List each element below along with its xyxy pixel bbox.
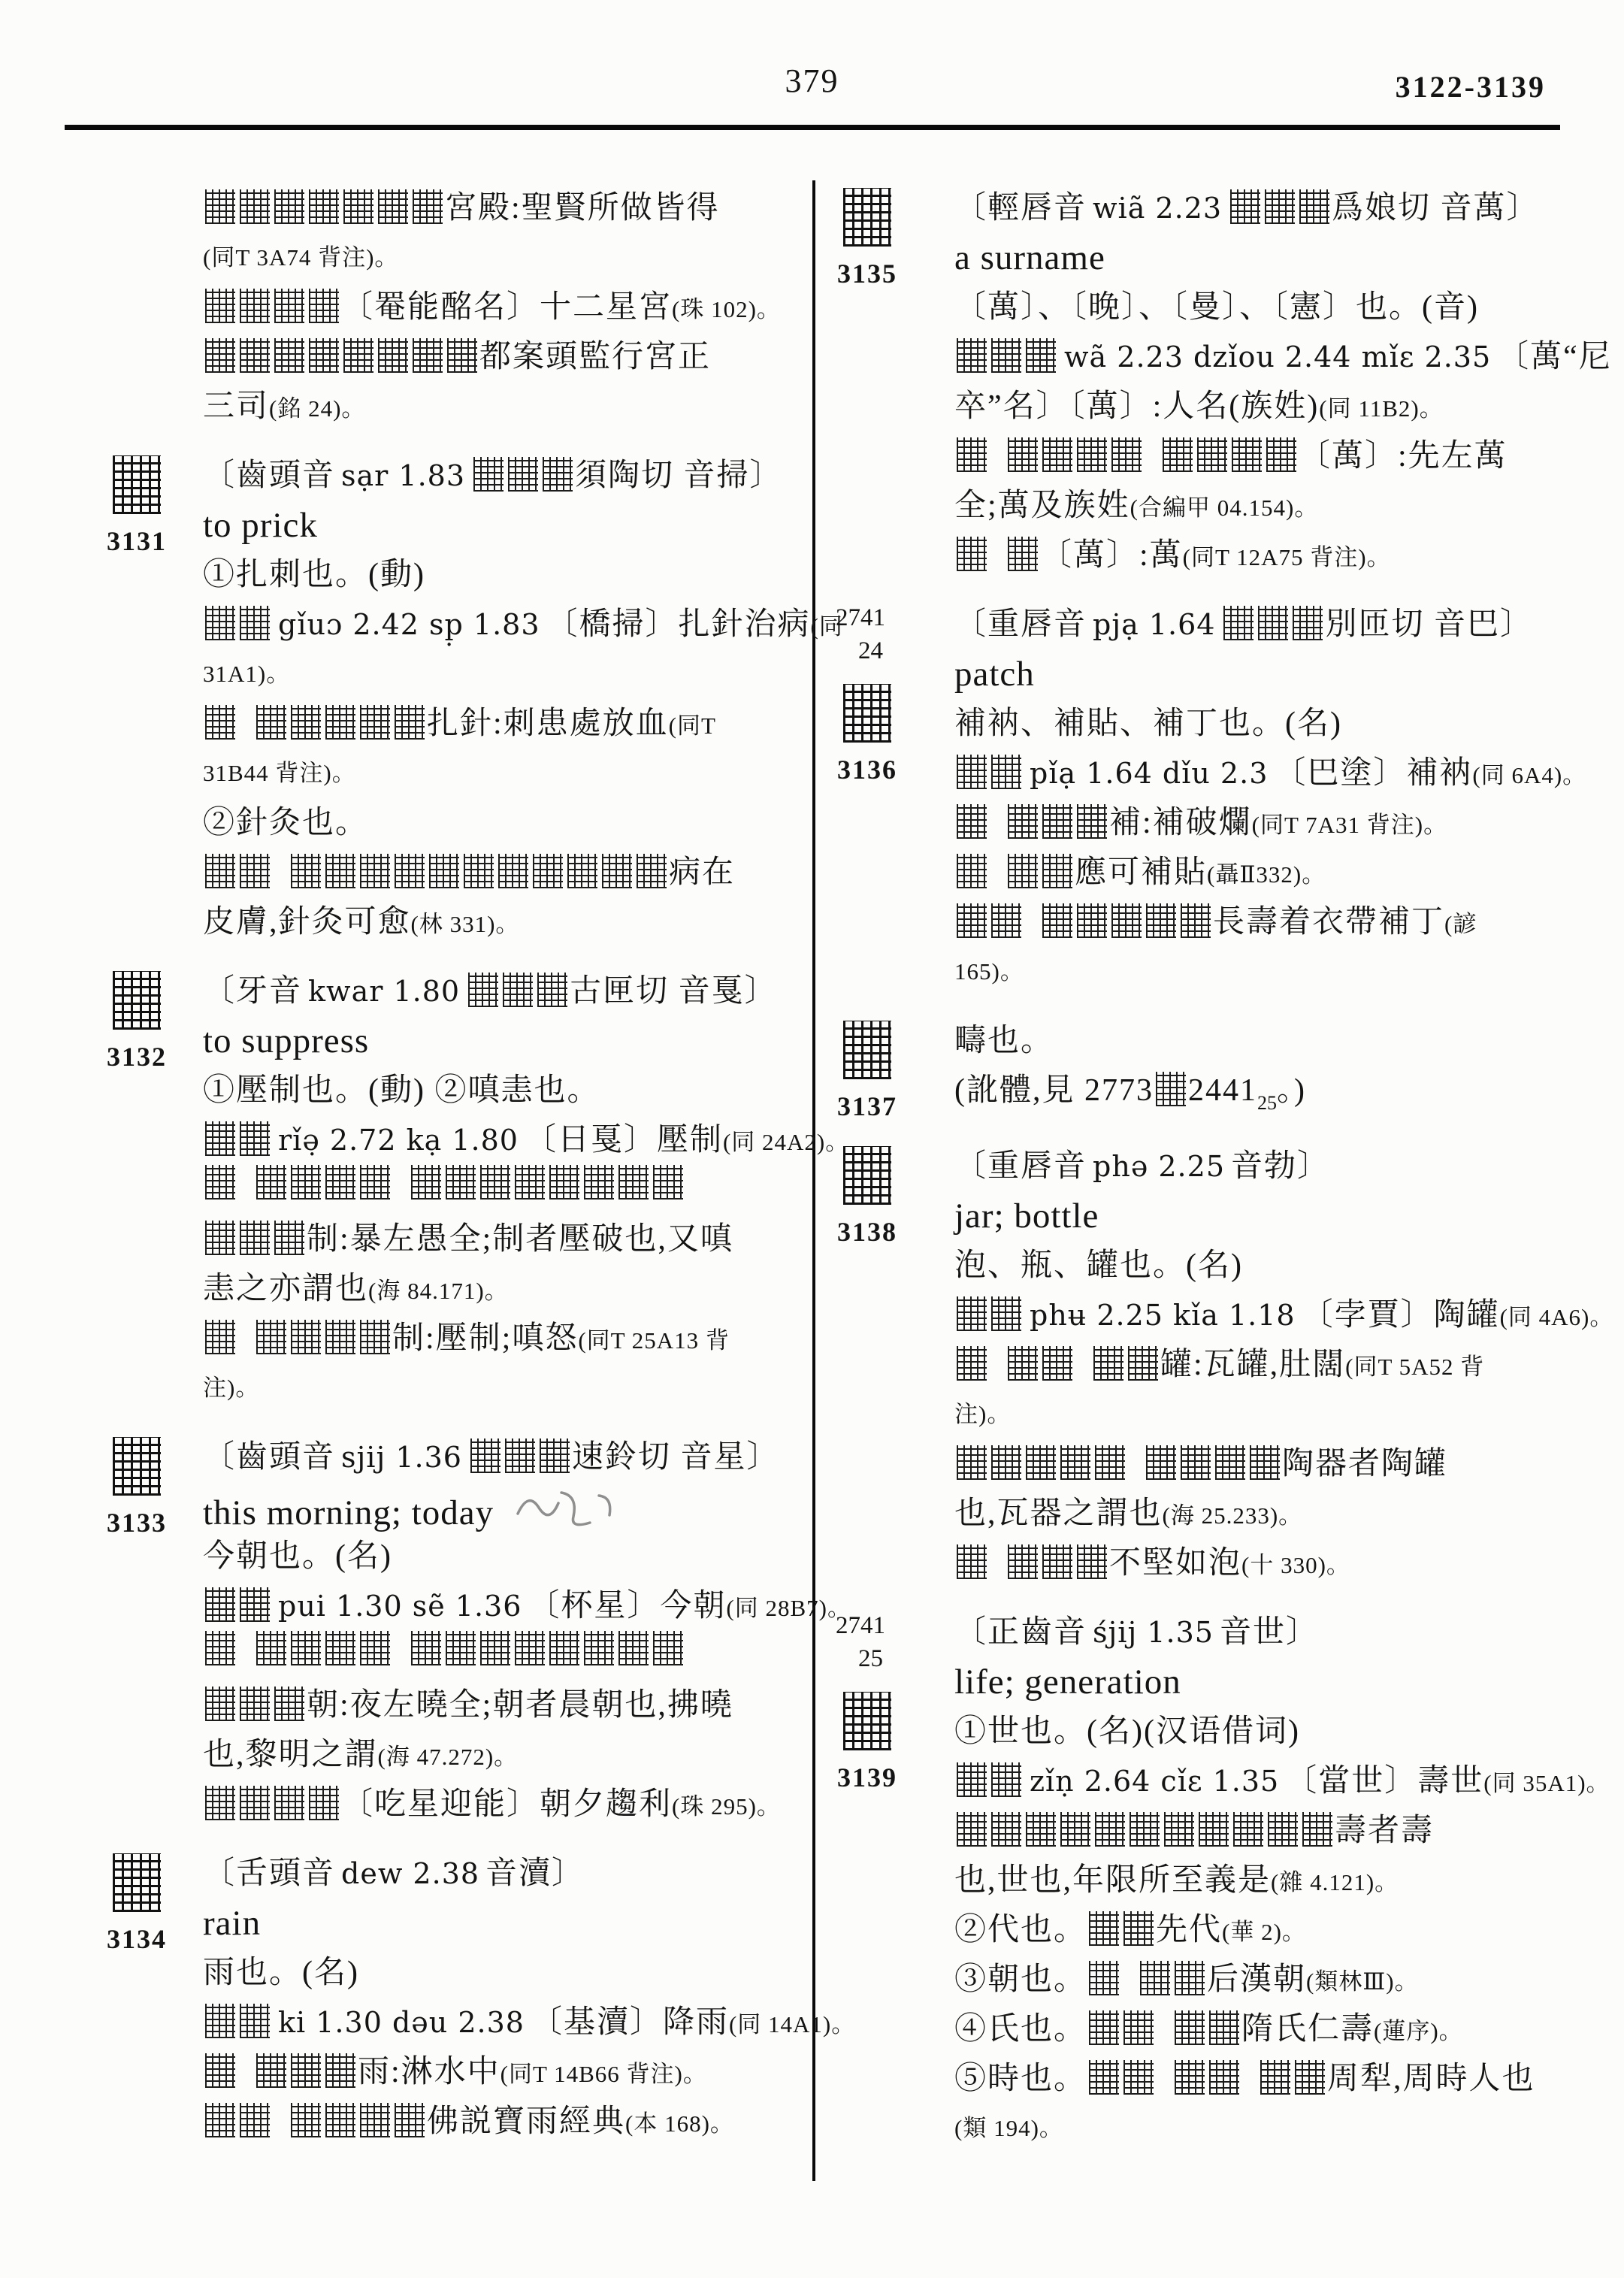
entry-line: ②代也。先代(華 2)。 <box>954 1905 1617 1955</box>
tangut-glyph <box>274 1786 304 1820</box>
tangut-glyph <box>1042 1346 1072 1381</box>
entry-line: 卒”名〕〔萬〕:人名(族姓)(同 11B2)。 <box>954 382 1617 431</box>
cross-ref-line: 25 <box>836 1642 954 1675</box>
citation-text: (聶Ⅱ332)。 <box>1207 861 1326 888</box>
cjk-text: 別匝切 音巴〕 <box>1325 607 1533 642</box>
cjk-text: 也,黎明之謂 <box>203 1738 378 1772</box>
tangut-glyph <box>1230 189 1260 224</box>
tangut-glyph <box>503 973 533 1007</box>
left-column: 宮殿:聖賢所做皆得(同T 3A74 背注)。〔罨能酩名〕十二星宮(珠 102)。… <box>105 183 812 2166</box>
phonetic-latin: phʉ 2.25 kǐa 1.18 <box>1024 1299 1302 1332</box>
entry-line: patch <box>954 649 1617 699</box>
tangut-glyph <box>240 1121 270 1156</box>
cjk-text: 〔舌頭音 <box>203 1856 335 1891</box>
entry-line: rǐə̣ 2.72 kạ 1.80〔日戛〕壓制(同 24A2)。 <box>203 1115 812 1165</box>
cjk-text: 〔橋掃〕扎針治病 <box>546 607 811 642</box>
entry-line: 恚之亦謂也(海 84.171)。 <box>203 1264 812 1314</box>
cross-ref-line: 2741 <box>836 601 954 634</box>
entry-line: 制:暴左愚全;制者壓破也,又嗔 <box>203 1215 812 1264</box>
phonetic-latin: dew 2.38 <box>335 1857 485 1890</box>
entry-body: 〔重唇音phə 2.25音勃〕jar; bottle泡、瓶、罐也。(名)phʉ … <box>954 1142 1617 1588</box>
citation-text: (珠 295)。 <box>672 1793 781 1820</box>
tangut-glyph <box>515 1165 545 1200</box>
cjk-text: 朝:夜左曉全;朝者晨朝也,拂曉 <box>307 1688 733 1723</box>
tangut-glyph <box>343 338 373 373</box>
cjk-text: 卒”名〕〔萬〕:人名(族姓) <box>954 389 1319 424</box>
entry-number: 3139 <box>836 1762 954 1793</box>
entry-line: ③朝也。后漢朝(類林Ⅲ)。 <box>954 1955 1617 2004</box>
tangut-glyph <box>1077 804 1107 839</box>
cjk-text: 〔日戛〕壓制 <box>525 1123 723 1157</box>
entry-body: 〔牙音kwar 1.80古匣切 音戛〕to suppress①壓制也。(動) ②… <box>203 967 812 1413</box>
entry-line: 疇也。 <box>954 1016 1617 1066</box>
tangut-glyph <box>205 1631 235 1665</box>
entry-body: 〔齒頭音sjij 1.36速鈴切 音星〕this morning; today今… <box>203 1432 812 1829</box>
entry-line: ④氏也。隋氏仁壽(蓮序)。 <box>954 2004 1617 2054</box>
cjk-text: 不堅如泡 <box>1109 1546 1241 1581</box>
tangut-glyph <box>360 1165 390 1200</box>
tangut-glyph <box>991 903 1021 938</box>
entry-line: 雨:淋水中(同T 14B66 背注)。 <box>203 2047 812 2097</box>
cjk-text: 〔牙音 <box>203 974 302 1009</box>
tangut-glyph <box>1042 1544 1072 1579</box>
tangut-glyph <box>360 705 390 740</box>
tangut-glyph <box>1293 606 1323 640</box>
tangut-glyph <box>843 684 891 743</box>
entry-body: 宮殿:聖賢所做皆得(同T 3A74 背注)。〔罨能酩名〕十二星宮(珠 102)。… <box>203 183 812 431</box>
tangut-glyph <box>537 973 567 1007</box>
tangut-glyph <box>1077 1544 1107 1579</box>
dictionary-entry: 3135〔輕唇音wiã 2.23爲娘切 音萬〕a surname〔萬〕、〔晚〕、… <box>836 183 1617 580</box>
tangut-glyph <box>1146 1445 1176 1480</box>
cjk-text: 〔輕唇音 <box>954 191 1087 225</box>
tangut-glyph <box>1008 1544 1038 1579</box>
tangut-glyph <box>205 854 235 888</box>
tangut-glyph <box>411 1631 441 1665</box>
tangut-glyph <box>1026 1812 1056 1847</box>
cjk-text: 制:壓制;嗔怒 <box>392 1321 578 1356</box>
english-gloss: rain <box>203 1904 261 1943</box>
tangut-glyph <box>325 2053 355 2088</box>
tangut-glyph <box>480 1165 510 1200</box>
citation-text: (海 47.272)。 <box>378 1744 519 1770</box>
tangut-glyph <box>205 2004 235 2038</box>
tangut-glyph <box>205 705 235 740</box>
english-gloss: jar; bottle <box>954 1196 1099 1236</box>
tangut-glyph <box>205 606 235 640</box>
phonetic-latin: pǐạ 1.64 dǐu 2.3 <box>1024 757 1274 790</box>
citation-text: (合編甲 04.154)。 <box>1130 495 1319 521</box>
tangut-glyph <box>395 705 425 740</box>
tangut-glyph <box>446 1165 476 1200</box>
tangut-glyph <box>468 973 498 1007</box>
entry-line: wã 2.23 dzǐou 2.44 mǐɛ 2.35〔萬“尼 <box>954 332 1617 382</box>
citation-text: (同T 5A52 背 <box>1345 1354 1484 1380</box>
tangut-glyph <box>843 1692 891 1750</box>
tangut-glyph <box>360 2103 390 2137</box>
dictionary-entry: 3137疇也。(訛體,見 2773244125。) <box>836 1016 1617 1122</box>
tangut-glyph <box>498 854 528 888</box>
tangut-glyph <box>1093 1346 1123 1381</box>
tangut-glyph <box>1175 2010 1205 2045</box>
cjk-text: 陶器者陶罐 <box>1282 1447 1447 1481</box>
cjk-text: 古匣切 音戛〕 <box>570 974 778 1009</box>
phonetic-latin: śjij 1.35 <box>1087 1616 1220 1649</box>
tangut-glyph <box>413 189 443 224</box>
entry-head: 3138 <box>836 1142 954 1588</box>
entry-head: 3134 <box>105 1849 203 2146</box>
tangut-glyph <box>1060 1812 1090 1847</box>
entry-line: 制:壓制;嗔怒(同T 25A13 背 <box>203 1314 812 1363</box>
tangut-glyph <box>1111 903 1142 938</box>
entry-line: this morning; today <box>203 1482 812 1532</box>
cjk-text: 雨也。(名) <box>203 1956 359 1990</box>
tangut-glyph <box>1089 1911 1119 1946</box>
phonetic-latin: pui 1.30 sẽ 1.36 <box>272 1590 528 1623</box>
tangut-glyph <box>1026 1445 1056 1480</box>
cjk-text: (訛體,見 2773 <box>954 1073 1154 1108</box>
cjk-text: 〔萬〕:先左萬 <box>1299 439 1508 473</box>
cjk-text: 泡、瓶、罐也。(名) <box>954 1248 1243 1283</box>
entry-line: 今朝也。(名) <box>203 1532 812 1581</box>
tangut-glyph <box>1008 437 1038 472</box>
tangut-glyph <box>274 189 304 224</box>
tangut-glyph <box>637 854 667 888</box>
tangut-glyph <box>1140 1961 1170 1995</box>
dictionary-entry: 宮殿:聖賢所做皆得(同T 3A74 背注)。〔罨能酩名〕十二星宮(珠 102)。… <box>105 183 812 431</box>
dictionary-entry: 2741253139〔正齒音śjij 1.35音世〕life; generati… <box>836 1608 1617 2153</box>
tangut-glyph <box>256 1320 286 1354</box>
entry-line: ①壓制也。(動) ②嗔恚也。 <box>203 1066 812 1115</box>
headword-tangut-glyph <box>836 1018 954 1083</box>
entry-line: 三司(銘 24)。 <box>203 382 812 431</box>
phonetic-latin: sjij 1.36 <box>335 1441 468 1474</box>
tangut-glyph <box>473 457 504 492</box>
tangut-glyph <box>309 189 339 224</box>
tangut-glyph <box>205 2103 235 2137</box>
cjk-text: 都案頭監行宮正 <box>479 340 711 374</box>
tangut-glyph <box>240 2103 270 2137</box>
english-gloss: to suppress <box>203 1021 369 1060</box>
tangut-glyph <box>1156 1072 1186 1106</box>
tangut-glyph <box>343 189 373 224</box>
entry-line: 也,黎明之謂(海 47.272)。 <box>203 1730 812 1780</box>
entry-line: 〔罨能酩名〕十二星宮(珠 102)。 <box>203 283 812 332</box>
tangut-glyph <box>549 1165 579 1200</box>
entry-line: 佛説寶雨經典(本 168)。 <box>203 2097 812 2146</box>
tangut-glyph <box>1268 1812 1298 1847</box>
tangut-glyph <box>653 1631 683 1665</box>
citation-text: 注)。 <box>954 1401 1011 1427</box>
tangut-glyph <box>991 1445 1021 1480</box>
cjk-text: 〔孛賈〕陶罐 <box>1302 1298 1500 1333</box>
tangut-glyph <box>291 705 321 740</box>
tangut-glyph <box>205 1587 235 1622</box>
subscript-number: 25 <box>1257 1092 1277 1114</box>
entry-number: 3133 <box>105 1507 203 1538</box>
entry-line: 〔重唇音phə 2.25音勃〕 <box>954 1142 1617 1191</box>
tangut-glyph <box>1095 1812 1125 1847</box>
tangut-glyph <box>291 1320 321 1354</box>
phonetic-latin: sạr 1.83 <box>335 459 471 492</box>
entry-number: 3132 <box>105 1041 203 1072</box>
tangut-glyph <box>309 289 339 323</box>
entry-line: 〔齒頭音sjij 1.36速鈴切 音星〕 <box>203 1432 812 1482</box>
entry-line: 31B44 背注)。 <box>203 749 812 798</box>
tangut-glyph <box>1295 2060 1325 2095</box>
entry-line: 注)。 <box>954 1390 1617 1439</box>
citation-text: (華 2)。 <box>1222 1919 1306 1945</box>
citation-text: (同T <box>669 712 716 739</box>
entry-line: 〔吃星迎能〕朝夕趨利(珠 295)。 <box>203 1780 812 1829</box>
tangut-glyph <box>1209 2060 1239 2095</box>
tangut-glyph <box>1233 1812 1263 1847</box>
entry-number: 3136 <box>836 754 954 785</box>
cross-ref: 274124 <box>836 601 954 667</box>
header-rule <box>65 125 1560 130</box>
entry-line: 長壽着衣帶補丁(諺 <box>954 897 1617 947</box>
tangut-glyph <box>957 1762 987 1797</box>
tangut-glyph <box>1260 2060 1290 2095</box>
cjk-text: ④氏也。 <box>954 2012 1087 2047</box>
tangut-glyph <box>446 1631 476 1665</box>
entry-head: 3135 <box>836 183 954 580</box>
tangut-glyph <box>957 338 987 373</box>
cjk-text: 爲娘切 音萬〕 <box>1332 191 1540 225</box>
dictionary-entry: 3132〔牙音kwar 1.80古匣切 音戛〕to suppress①壓制也。(… <box>105 967 812 1413</box>
phonetic-latin: pjạ 1.64 <box>1087 608 1221 641</box>
entry-line: zǐṇ 2.64 cǐɛ 1.35〔當世〕壽世(同 35A1)。 <box>954 1756 1617 1806</box>
tangut-glyph <box>309 338 339 373</box>
entry-line: ki 1.30 dəu 2.38〔基瀆〕降雨(同 14A1)。 <box>203 1998 812 2047</box>
handwritten-annotation <box>512 1482 624 1550</box>
cjk-text: 罐:瓦罐,肚闊 <box>1160 1348 1345 1382</box>
cjk-text: 全;萬及族姓 <box>954 489 1130 523</box>
citation-text: (同 28B7)。 <box>726 1595 851 1621</box>
cjk-text: 疇也。 <box>954 1024 1054 1058</box>
tangut-glyph <box>413 338 443 373</box>
cjk-text: 速鈴切 音星〕 <box>572 1440 780 1475</box>
tangut-glyph <box>618 1165 649 1200</box>
cjk-text: 壽者壽 <box>1335 1814 1434 1848</box>
headword-tangut-glyph <box>836 185 954 250</box>
cjk-text: 〔萬〕:萬 <box>1040 538 1183 573</box>
tangut-glyph <box>957 1812 987 1847</box>
entry-line: 都案頭監行宮正 <box>203 332 812 382</box>
tangut-glyph <box>205 189 235 224</box>
entry-line: 罐:瓦罐,肚闊(同T 5A52 背 <box>954 1340 1617 1390</box>
tangut-glyph <box>274 1687 304 1721</box>
citation-text: 31A1)。 <box>203 661 290 687</box>
tangut-glyph <box>240 2004 270 2038</box>
tangut-glyph <box>515 1631 545 1665</box>
tangut-glyph <box>1199 1812 1229 1847</box>
cjk-text: ①壓制也。(動) ②嗔恚也。 <box>203 1073 600 1108</box>
tangut-glyph <box>957 1544 987 1579</box>
headword-tangut-glyph <box>105 452 203 518</box>
entry-line: 雨也。(名) <box>203 1948 812 1998</box>
tangut-glyph <box>205 289 235 323</box>
tangut-glyph <box>256 1165 286 1200</box>
tangut-glyph <box>957 755 987 789</box>
citation-text: 注)。 <box>203 1375 259 1401</box>
cjk-text: 今朝也。(名) <box>203 1539 392 1574</box>
citation-text: (林 331)。 <box>411 911 520 937</box>
tangut-glyph <box>1111 437 1142 472</box>
cjk-text: ③朝也。 <box>954 1962 1087 1997</box>
phonetic-latin: kwar 1.80 <box>302 975 466 1008</box>
entry-line <box>203 1631 812 1681</box>
english-gloss: to prick <box>203 506 318 545</box>
entry-line: gǐuɔ 2.42 sp̣ 1.83〔橋掃〕扎針治病(同 <box>203 600 812 649</box>
phonetic-latin: gǐuɔ 2.42 sp̣ 1.83 <box>272 608 546 641</box>
dictionary-page: 379 3122-3139 宮殿:聖賢所做皆得(同T 3A74 背注)。〔罨能酩… <box>0 0 1624 2278</box>
cjk-text: ⑤時也。 <box>954 2062 1087 2096</box>
entry-line: pǐạ 1.64 dǐu 2.3〔巴塗〕補衲(同 6A4)。 <box>954 749 1617 798</box>
cjk-text: 應可補貼 <box>1075 855 1207 890</box>
tangut-glyph <box>957 537 987 571</box>
cjk-text: 病在 <box>669 855 735 890</box>
tangut-glyph <box>1095 1445 1125 1480</box>
page-number: 379 <box>0 62 1624 100</box>
tangut-glyph <box>1077 437 1107 472</box>
cjk-text: 佛説寶雨經典 <box>427 2104 625 2139</box>
tangut-glyph <box>325 1320 355 1354</box>
entry-line: 扎針:刺患處放血(同T <box>203 699 812 749</box>
tangut-glyph <box>274 338 304 373</box>
cjk-text: 〔重唇音 <box>954 607 1087 642</box>
tangut-glyph <box>543 457 573 492</box>
citation-text: (同T 14B66 背注)。 <box>501 2061 707 2087</box>
entry-number: 3138 <box>836 1216 954 1248</box>
citation-text: (海 25.233)。 <box>1163 1502 1303 1529</box>
tangut-glyph <box>1215 1445 1245 1480</box>
tangut-glyph <box>464 854 494 888</box>
tangut-glyph <box>395 2103 425 2137</box>
tangut-glyph <box>1130 1812 1160 1847</box>
entry-line: ⑤時也。周犁,周時人也 <box>954 2054 1617 2104</box>
cjk-text: 須陶切 音掃〕 <box>575 458 783 493</box>
entry-line: rain <box>203 1898 812 1948</box>
tangut-glyph <box>1258 606 1288 640</box>
tangut-glyph <box>240 1587 270 1622</box>
tangut-glyph <box>411 1165 441 1200</box>
entry-line: to suppress <box>203 1016 812 1066</box>
tangut-glyph <box>1163 437 1193 472</box>
headword-tangut-glyph <box>836 681 954 746</box>
tangut-glyph <box>991 1762 1021 1797</box>
tangut-glyph <box>843 1146 891 1205</box>
entry-line: 〔齒頭音sạr 1.83須陶切 音掃〕 <box>203 451 812 501</box>
cjk-text: 〔罨能酩名〕十二星宮 <box>341 290 672 325</box>
cjk-text: 后漢朝 <box>1207 1962 1306 1997</box>
entry-line: phʉ 2.25 kǐa 1.18〔孛賈〕陶罐(同 4A6)。 <box>954 1290 1617 1340</box>
citation-text: (本 168)。 <box>625 2110 734 2137</box>
tangut-glyph <box>1089 2060 1119 2095</box>
entry-body: 〔輕唇音wiã 2.23爲娘切 音萬〕a surname〔萬〕、〔晚〕、〔曼〕、… <box>954 183 1617 580</box>
tangut-glyph <box>113 1437 161 1496</box>
entry-line: a surname <box>954 233 1617 283</box>
cjk-text: 雨:淋水中 <box>358 2055 501 2089</box>
entry-line: 泡、瓶、罐也。(名) <box>954 1241 1617 1290</box>
tangut-glyph <box>205 1786 235 1820</box>
entry-line: 也,瓦器之謂也(海 25.233)。 <box>954 1489 1617 1538</box>
dictionary-entry: 3133〔齒頭音sjij 1.36速鈴切 音星〕this morning; to… <box>105 1432 812 1829</box>
entry-number: 3135 <box>836 258 954 289</box>
tangut-glyph <box>1197 437 1227 472</box>
citation-text: 31B44 背注)。 <box>203 760 356 786</box>
cjk-text: 補衲、補貼、補丁也。(名) <box>954 706 1342 741</box>
phonetic-latin: zǐṇ 2.64 cǐɛ 1.35 <box>1024 1765 1285 1798</box>
cjk-text: 隋氏仁壽 <box>1241 2012 1374 2047</box>
tangut-glyph <box>205 1320 235 1354</box>
tangut-glyph <box>1175 1961 1205 1995</box>
tangut-glyph <box>549 1631 579 1665</box>
citation-text: (同 35A1)。 <box>1483 1770 1610 1796</box>
entry-body: 〔舌頭音dew 2.38音瀆〕rain雨也。(名)ki 1.30 dəu 2.3… <box>203 1849 812 2146</box>
entry-line: (訛體,見 2773244125。) <box>954 1066 1617 1115</box>
entry-body: 〔齒頭音sạr 1.83須陶切 音掃〕to prick①扎刺也。(動)gǐuɔ … <box>203 451 812 947</box>
cjk-text: ②代也。 <box>954 1913 1087 1947</box>
entry-head: 2741243136 <box>836 600 954 997</box>
tangut-glyph <box>256 705 286 740</box>
dictionary-entry: 2741243136〔重唇音pjạ 1.64別匝切 音巴〕patch補衲、補貼、… <box>836 600 1617 997</box>
cjk-text: 〔萬“尼 <box>1497 340 1612 374</box>
entry-head <box>105 183 203 431</box>
tangut-glyph <box>113 1853 161 1912</box>
headword-tangut-glyph <box>836 1143 954 1209</box>
entry-line: life; generation <box>954 1657 1617 1707</box>
entry-line: 全;萬及族姓(合編甲 04.154)。 <box>954 481 1617 531</box>
entry-line: 補:補破爛(同T 7A31 背注)。 <box>954 798 1617 848</box>
tangut-glyph <box>957 854 987 888</box>
cjk-text: ①世也。(名)(汉语借词) <box>954 1714 1300 1749</box>
tangut-glyph <box>274 1221 304 1255</box>
tangut-glyph <box>1089 2010 1119 2045</box>
tangut-glyph <box>240 289 270 323</box>
tangut-glyph <box>1223 606 1254 640</box>
tangut-glyph <box>1266 437 1296 472</box>
tangut-glyph <box>540 1438 570 1473</box>
tangut-glyph <box>1042 437 1072 472</box>
citation-text: (同 11B2)。 <box>1319 395 1443 422</box>
citation-text: (諺 <box>1444 911 1477 937</box>
tangut-glyph <box>205 2053 235 2088</box>
entry-line: 31A1)。 <box>203 649 812 699</box>
tangut-glyph <box>325 2103 355 2137</box>
cjk-text: 長壽着衣帶補丁 <box>1213 905 1444 939</box>
phonetic-latin: phə 2.25 <box>1087 1150 1231 1183</box>
tangut-glyph <box>205 1165 235 1200</box>
phonetic-latin: wã 2.23 dzǐou 2.44 mǐɛ 2.35 <box>1058 340 1497 374</box>
tangut-glyph <box>325 1165 355 1200</box>
entry-body: 疇也。(訛體,見 2773244125。) <box>954 1016 1617 1122</box>
entry-line: 〔萬〕、〔晚〕、〔曼〕、〔憲〕也。(音) <box>954 283 1617 332</box>
tangut-glyph <box>1123 2010 1154 2045</box>
tangut-glyph <box>240 338 270 373</box>
phonetic-latin: wiã 2.23 <box>1087 192 1228 225</box>
entry-line: 病在 <box>203 848 812 897</box>
citation-text: (十 330)。 <box>1241 1552 1350 1578</box>
tangut-glyph <box>957 804 987 839</box>
citation-text: (海 84.171)。 <box>368 1278 509 1304</box>
entry-line: ①世也。(名)(汉语借词) <box>954 1707 1617 1756</box>
cjk-text: ①扎刺也。(動) <box>203 558 425 592</box>
tangut-glyph <box>1164 1812 1194 1847</box>
cjk-text: ②針灸也。 <box>203 806 368 840</box>
cjk-text: 〔萬〕、〔晚〕、〔曼〕、〔憲〕也。(音) <box>954 290 1479 325</box>
tangut-glyph <box>1123 2060 1154 2095</box>
